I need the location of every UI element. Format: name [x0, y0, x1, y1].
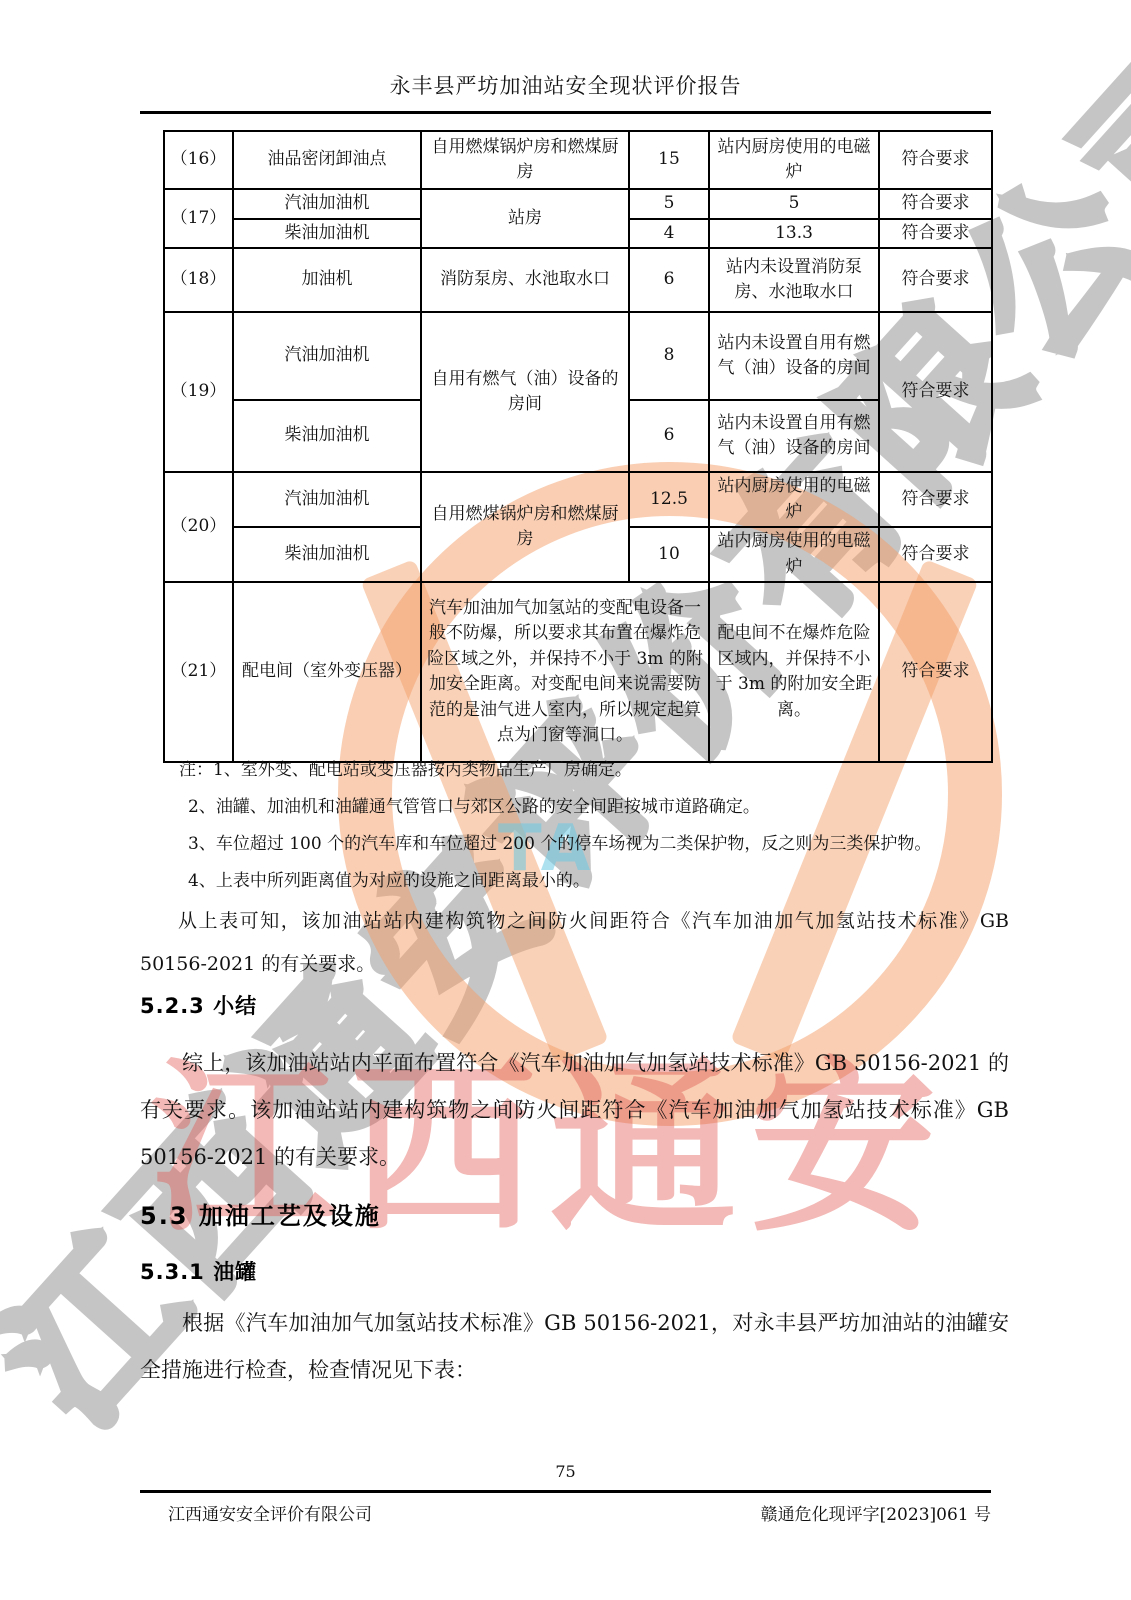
table-row: （21） 配电间（室外变压器） 汽车加油加气加氢站的变配电设备一般不防爆，所以要…	[164, 582, 992, 762]
table-note-2: 2、油罐、加油机和油罐通气管管口与郊区公路的安全间距按城市道路确定。	[188, 792, 760, 817]
table-row: （16） 油品密闭卸油点 自用燃煤锅炉房和燃煤厨房 15 站内厨房使用的电磁炉 …	[164, 131, 992, 189]
facility-cell: 柴油加油机	[233, 527, 421, 582]
footer-company: 江西通安安全评价有限公司	[168, 1500, 372, 1525]
row-number-cell: （18）	[164, 248, 233, 312]
section-heading-523: 5.2.3 小结	[140, 990, 257, 1020]
facility-cell: 加油机	[233, 248, 421, 312]
distance-cell: 10	[629, 527, 709, 582]
footer-doc-number: 赣通危化现评字[2023]061 号	[761, 1500, 991, 1525]
section-heading-531: 5.3.1 油罐	[140, 1256, 257, 1286]
document-page: 江西通安评价有限公司 TA 江西通安 永丰县严坊加油站安全现状评价报告 （16）…	[0, 0, 1131, 1600]
row-number-cell: （17）	[164, 189, 233, 248]
actual-cell: 站内厨房使用的电磁炉	[709, 131, 879, 189]
row-number-cell: （16）	[164, 131, 233, 189]
row-number-cell: （21）	[164, 582, 233, 762]
target-cell: 自用有燃气（油）设备的房间	[421, 312, 629, 472]
section-heading-53: 5.3 加油工艺及设施	[140, 1196, 381, 1231]
table-row: （17） 汽油加油机 站房 5 5 符合要求	[164, 189, 992, 219]
distance-cell: 15	[629, 131, 709, 189]
result-cell: 符合要求	[879, 582, 992, 762]
facility-cell: 汽油加油机	[233, 472, 421, 527]
target-cell: 自用燃煤锅炉房和燃煤厨房	[421, 472, 629, 582]
table-note-1: 注：1、室外变、配电站或变压器按丙类物品生产厂房确定。	[179, 755, 632, 780]
result-cell: 符合要求	[879, 189, 992, 219]
distance-cell: 6	[629, 400, 709, 472]
result-cell: 符合要求	[879, 131, 992, 189]
distance-cell: 5	[629, 189, 709, 219]
row-number-cell: （19）	[164, 312, 233, 472]
result-cell: 符合要求	[879, 527, 992, 582]
fire-distance-table: （16） 油品密闭卸油点 自用燃煤锅炉房和燃煤厨房 15 站内厨房使用的电磁炉 …	[163, 130, 993, 763]
row-number-cell: （20）	[164, 472, 233, 582]
target-cell: 站房	[421, 189, 629, 248]
summary-paragraph: 综上，该加油站站内平面布置符合《汽车加油加气加氢站技术标准》GB 50156-2…	[140, 1040, 1009, 1181]
header-rule	[140, 111, 991, 114]
requirement-description-cell: 汽车加油加气加氢站的变配电设备一般不防爆，所以要求其布置在爆炸危险区域之外，并保…	[421, 582, 709, 762]
facility-cell: 油品密闭卸油点	[233, 131, 421, 189]
target-cell: 自用燃煤锅炉房和燃煤厨房	[421, 131, 629, 189]
table-row: （19） 汽油加油机 自用有燃气（油）设备的房间 8 站内未设置自用有燃气（油）…	[164, 312, 992, 400]
result-cell: 符合要求	[879, 312, 992, 472]
distance-cell: 8	[629, 312, 709, 400]
actual-cell: 配电间不在爆炸危险区域内，并保持不小于 3m 的附加安全距离。	[709, 582, 879, 762]
table-note-3: 3、车位超过 100 个的汽车库和车位超过 200 个的停车场视为二类保护物，反…	[188, 829, 931, 854]
table-note-4: 4、上表中所列距离值为对应的设施之间距离最小的。	[188, 866, 590, 891]
result-cell: 符合要求	[879, 219, 992, 249]
actual-cell: 5	[709, 189, 879, 219]
actual-cell: 13.3	[709, 219, 879, 249]
distance-cell: 4	[629, 219, 709, 249]
distance-cell: 6	[629, 248, 709, 312]
target-cell: 消防泵房、水池取水口	[421, 248, 629, 312]
actual-cell: 站内未设置消防泵房、水池取水口	[709, 248, 879, 312]
result-cell: 符合要求	[879, 248, 992, 312]
actual-cell: 站内未设置自用有燃气（油）设备的房间	[709, 312, 879, 400]
page-header-title: 永丰县严坊加油站安全现状评价报告	[0, 70, 1131, 100]
facility-cell: 配电间（室外变压器）	[233, 582, 421, 762]
footer-rule	[140, 1490, 991, 1493]
result-cell: 符合要求	[879, 472, 992, 527]
table-row: （20） 汽油加油机 自用燃煤锅炉房和燃煤厨房 12.5 站内厨房使用的电磁炉 …	[164, 472, 992, 527]
facility-cell: 柴油加油机	[233, 400, 421, 472]
actual-cell: 站内厨房使用的电磁炉	[709, 472, 879, 527]
conclusion-paragraph: 从上表可知，该加油站站内建构筑物之间防火间距符合《汽车加油加气加氢站技术标准》G…	[140, 900, 1009, 986]
facility-cell: 汽油加油机	[233, 189, 421, 219]
facility-cell: 柴油加油机	[233, 219, 421, 249]
facility-cell: 汽油加油机	[233, 312, 421, 400]
table-row: （18） 加油机 消防泵房、水池取水口 6 站内未设置消防泵房、水池取水口 符合…	[164, 248, 992, 312]
page-number: 75	[0, 1462, 1131, 1481]
tank-intro-paragraph: 根据《汽车加油加气加氢站技术标准》GB 50156-2021，对永丰县严坊加油站…	[140, 1300, 1009, 1394]
distance-cell: 12.5	[629, 472, 709, 527]
actual-cell: 站内厨房使用的电磁炉	[709, 527, 879, 582]
actual-cell: 站内未设置自用有燃气（油）设备的房间	[709, 400, 879, 472]
